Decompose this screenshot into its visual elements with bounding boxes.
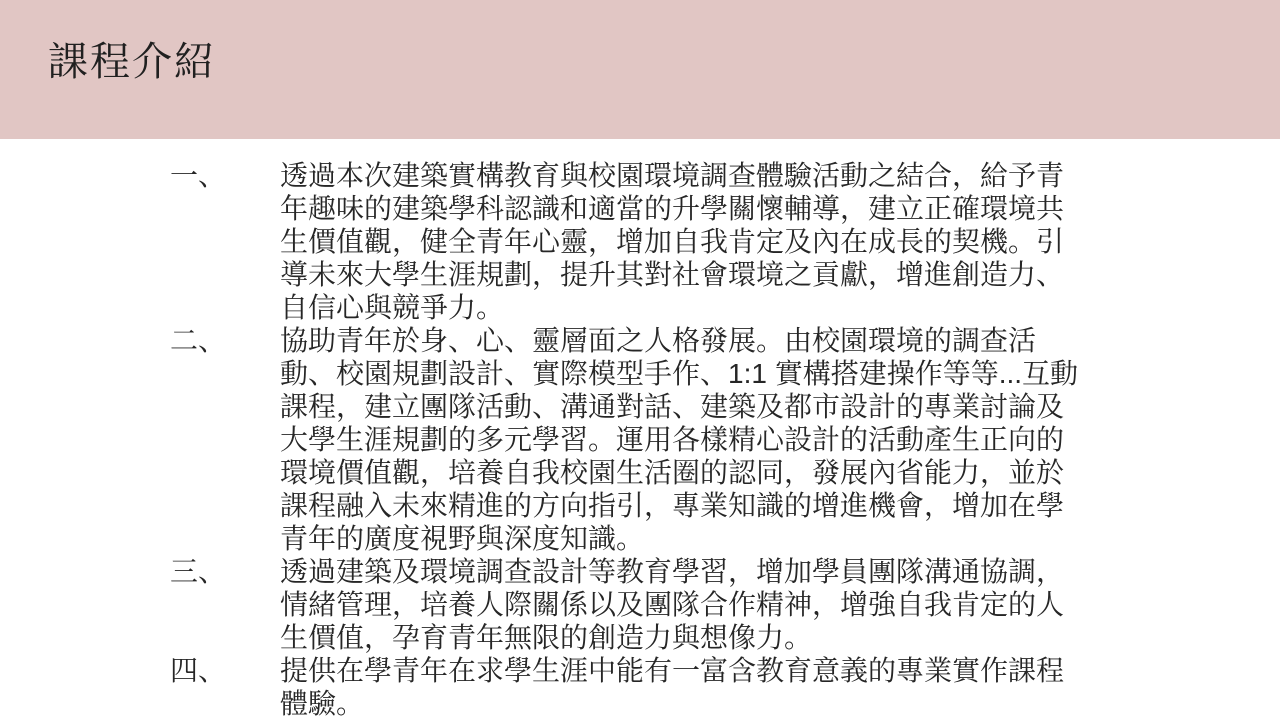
body-line: 提供在學青年在求學生涯中能有一富含教育意義的專業實作課程	[280, 654, 1240, 687]
list-item-3-text: 透過建築及環境調查設計等教育學習，增加學員團隊溝通協調， 情緒管理，培養人際關係…	[280, 555, 1240, 654]
list-item-4: 四、 提供在學青年在求學生涯中能有一富含教育意義的專業實作課程 體驗。	[170, 654, 1240, 720]
body-line: 自信心與競爭力。	[280, 291, 1240, 324]
body-line: 情緒管理，培養人際關係以及團隊合作精神，增強自我肯定的人	[280, 588, 1240, 621]
body-line: 體驗。	[280, 687, 1240, 720]
list-item-1-text: 透過本次建築實構教育與校園環境調查體驗活動之結合，給予青 年趣味的建築學科認識和…	[280, 159, 1240, 324]
body-line: 動、校園規劃設計、實際模型手作、1:1 實構搭建操作等等...互動	[280, 357, 1240, 390]
body-line: 年趣味的建築學科認識和適當的升學關懷輔導，建立正確環境共	[280, 192, 1240, 225]
list-item-4-number: 四、	[170, 654, 280, 687]
list-item-4-text: 提供在學青年在求學生涯中能有一富含教育意義的專業實作課程 體驗。	[280, 654, 1240, 720]
list-item-2: 二、 協助青年於身、心、靈層面之人格發展。由校園環境的調查活 動、校園規劃設計、…	[170, 324, 1240, 555]
body-line: 協助青年於身、心、靈層面之人格發展。由校園環境的調查活	[280, 324, 1240, 357]
list-item-1: 一、 透過本次建築實構教育與校園環境調查體驗活動之結合，給予青 年趣味的建築學科…	[170, 159, 1240, 324]
list-item-2-number: 二、	[170, 324, 280, 357]
body-line: 透過建築及環境調查設計等教育學習，增加學員團隊溝通協調，	[280, 555, 1240, 588]
slide-header-band: 課程介紹	[0, 0, 1280, 139]
body-line: 生價值觀，健全青年心靈，增加自我肯定及內在成長的契機。引	[280, 225, 1240, 258]
list-item-2-text: 協助青年於身、心、靈層面之人格發展。由校園環境的調查活 動、校園規劃設計、實際模…	[280, 324, 1240, 555]
body-line: 生價值，孕育青年無限的創造力與想像力。	[280, 621, 1240, 654]
body-line: 透過本次建築實構教育與校園環境調查體驗活動之結合，給予青	[280, 159, 1240, 192]
slide-title: 課程介紹	[48, 40, 1280, 84]
list-item-1-number: 一、	[170, 159, 280, 192]
body-line: 導未來大學生涯規劃，提升其對社會環境之貢獻，增進創造力、	[280, 258, 1240, 291]
presentation-slide: 課程介紹 一、 透過本次建築實構教育與校園環境調查體驗活動之結合，給予青 年趣味…	[0, 0, 1280, 720]
slide-body: 一、 透過本次建築實構教育與校園環境調查體驗活動之結合，給予青 年趣味的建築學科…	[0, 139, 1280, 720]
list-item-3-number: 三、	[170, 555, 280, 588]
body-line: 環境價值觀，培養自我校園生活圈的認同，發展內省能力，並於	[280, 456, 1240, 489]
body-line: 課程，建立團隊活動、溝通對話、建築及都市設計的專業討論及	[280, 390, 1240, 423]
body-line: 大學生涯規劃的多元學習。運用各樣精心設計的活動產生正向的	[280, 423, 1240, 456]
list-item-3: 三、 透過建築及環境調查設計等教育學習，增加學員團隊溝通協調， 情緒管理，培養人…	[170, 555, 1240, 654]
body-line: 青年的廣度視野與深度知識。	[280, 522, 1240, 555]
body-line: 課程融入未來精進的方向指引，專業知識的增進機會，增加在學	[280, 489, 1240, 522]
